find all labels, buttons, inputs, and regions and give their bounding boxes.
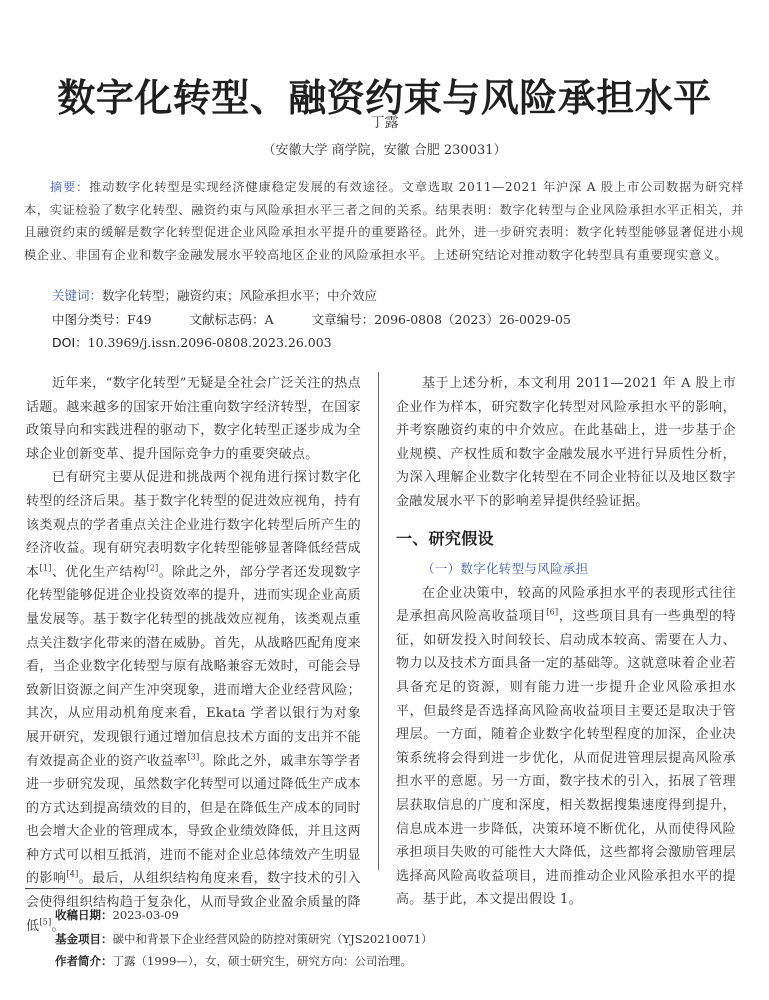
citation-ref[interactable]: [2] — [146, 563, 158, 572]
doc-code-label: 文献标志码： — [190, 312, 265, 327]
fund-value: 碳中和背景下企业经营风险的防控对策研究（YJS20210071） — [113, 932, 433, 946]
paragraph-text: 近年来，“数字化转型”无疑是全社会广泛关注的热点话题。越来越多的国家开始注重向数… — [26, 376, 361, 462]
article-no-value: 2096-0808（2023）26-0029-05 — [374, 312, 571, 327]
paragraph: 在企业决策中，较高的风险承担水平的表现形式往往是承担高风险高收益项目[6]，这些… — [396, 582, 736, 912]
left-column: 近年来，“数字化转型”无疑是全社会广泛关注的热点话题。越来越多的国家开始注重向数… — [26, 372, 361, 938]
received-label: 收稿日期： — [55, 908, 113, 922]
author-affiliation: （安徽大学 商学院，安徽 合肥 230031） — [0, 141, 769, 161]
footnote-rule — [25, 888, 280, 889]
abstract: 摘要：推动数字化转型是实现经济健康稳定发展的有效途径。文章选取 2011—202… — [24, 176, 744, 266]
doi-label: DOI： — [52, 335, 88, 350]
doi-line: DOI：10.3969/j.issn.2096-0808.2023.26.003 — [52, 333, 332, 353]
abstract-label: 摘要： — [50, 180, 89, 194]
column-divider — [378, 372, 379, 870]
doi-value[interactable]: 10.3969/j.issn.2096-0808.2023.26.003 — [88, 335, 332, 350]
received-value: 2023-03-09 — [113, 908, 179, 922]
citation-ref[interactable]: [4] — [66, 870, 78, 879]
paragraph-text: 。除此之外，戚聿东等学者进一步研究发现，虽然数字化转型可以通过降低生产成本的方式… — [26, 754, 361, 887]
keywords-text: 数字化转型；融资约束；风险承担水平；中介效应 — [102, 288, 377, 303]
received-date-line: 收稿日期：2023-03-09 — [55, 906, 179, 924]
paragraph: 基于上述分析，本文利用 2011—2021 年 A 股上市企业作为样本，研究数字… — [396, 372, 736, 514]
fund-label: 基金项目： — [55, 932, 113, 946]
section-heading: 一、研究假设 — [396, 526, 736, 552]
paragraph-text: 。除此之外，部分学者还发现数字化转型能够促进企业投资效率的提升，进而实现企业高质… — [26, 565, 361, 769]
fund-line: 基金项目：碳中和背景下企业经营风险的防控对策研究（YJS20210071） — [55, 930, 433, 948]
subsection-heading: （一）数字化转型与风险承担 — [396, 558, 736, 580]
paragraph: 近年来，“数字化转型”无疑是全社会广泛关注的热点话题。越来越多的国家开始注重向数… — [26, 372, 361, 466]
clc-value: F49 — [127, 312, 152, 327]
bio-value: 丁露（1999—），女，硕士研究生，研究方向：公司治理。 — [113, 954, 413, 968]
classification-line: 中图分类号：F49文献标志码：A文章编号：2096-0808（2023）26-0… — [52, 310, 571, 330]
paragraph: 已有研究主要从促进和挑战两个视角进行探讨数字化转型的经济后果。基于数字化转型的促… — [26, 466, 361, 938]
clc-label: 中图分类号： — [52, 312, 127, 327]
author-name: 丁露 — [0, 113, 769, 133]
keywords-line: 关键词：数字化转型；融资约束；风险承担水平；中介效应 — [52, 286, 377, 306]
citation-ref[interactable]: [6] — [546, 608, 558, 617]
citation-ref[interactable]: [1] — [40, 563, 52, 572]
paragraph-text: 已有研究主要从促进和挑战两个视角进行探讨数字化转型的经济后果。基于数字化转型的促… — [26, 470, 361, 579]
paragraph-text: ，这些项目具有一些典型的特征，如研发投入时间较长、启动成本较高、需要在人力、物力… — [396, 609, 736, 907]
paragraph-text: 基于上述分析，本文利用 2011—2021 年 A 股上市企业作为样本，研究数字… — [396, 376, 736, 509]
paragraph-text: 。最后，从组织结构角度来看，数字技术的引入会使得组织结构趋于复杂化，从而导致企业… — [26, 871, 361, 933]
paragraph-text: 、优化生产结构 — [52, 565, 147, 580]
right-column: 基于上述分析，本文利用 2011—2021 年 A 股上市企业作为样本，研究数字… — [396, 372, 736, 912]
citation-ref[interactable]: [3] — [187, 752, 199, 761]
bio-label: 作者简介： — [55, 954, 113, 968]
author-bio-line: 作者简介：丁露（1999—），女，硕士研究生，研究方向：公司治理。 — [55, 952, 412, 970]
article-no-label: 文章编号： — [312, 312, 375, 327]
doc-code-value: A — [265, 312, 274, 327]
abstract-text: 推动数字化转型是实现经济健康稳定发展的有效途径。文章选取 2011—2021 年… — [24, 180, 744, 262]
keywords-label: 关键词： — [52, 288, 102, 303]
citation-ref[interactable]: [5] — [39, 917, 51, 926]
